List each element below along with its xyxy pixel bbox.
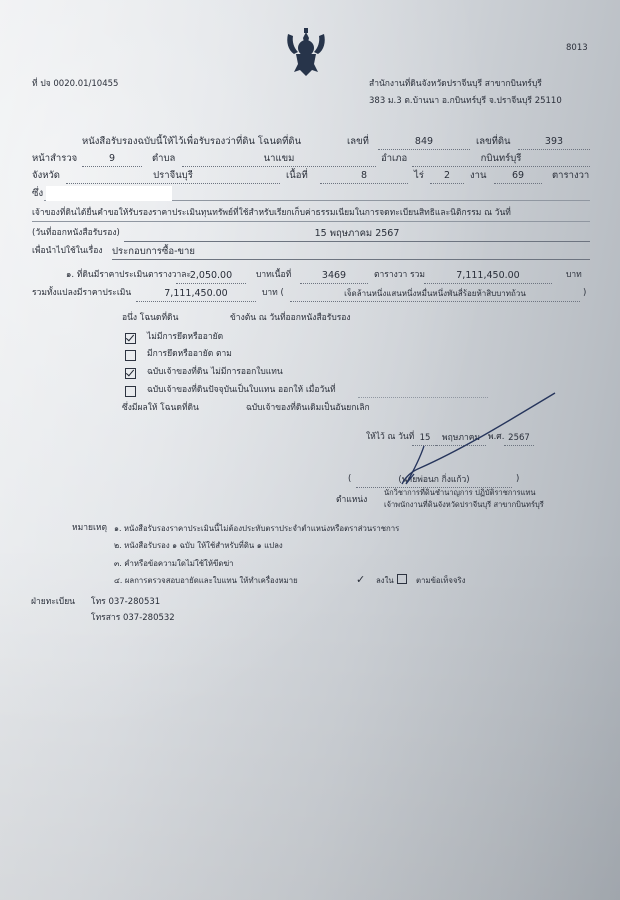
area-wa: 69: [494, 170, 542, 184]
sign-month: พฤษภาคม: [436, 432, 486, 446]
wa-label: ตารางวา: [552, 170, 589, 182]
option-no-seizure: ไม่มีการยึดหรืออายัด: [147, 332, 223, 343]
price-per-wa: 2,050.00: [176, 270, 246, 284]
deed-number-label: เลขที่: [347, 136, 369, 148]
owner-name-redacted: [46, 186, 172, 201]
office-address: 383 ม.3 ต.บ้านนา อ.กบินทร์บุรี จ.ปราจีนบ…: [369, 96, 562, 107]
paper-background: [0, 0, 620, 900]
sum-total: 7,111,450.00: [136, 288, 256, 302]
mark-box[interactable]: [397, 574, 407, 584]
area-rai: 8: [320, 170, 408, 184]
signature-stroke: [0, 0, 620, 900]
area-total-wa: 3469: [300, 270, 368, 284]
total-label: ตารางวา รวม: [374, 270, 425, 281]
sum-words: เจ็ดล้านหนึ่งแสนหนึ่งหมื่นหนึ่งพันสี่ร้อ…: [290, 288, 580, 302]
province-label: จังหวัด: [32, 170, 60, 182]
fax-number: 037-280532: [123, 613, 175, 623]
subdistrict: นาแขม: [182, 153, 376, 167]
purpose-label: เพื่อนำไปใช้ในเรื่อง: [32, 246, 102, 257]
option-replacement: ฉบับเจ้าของที่ดินปัจจุบันเป็นใบแทน ออกให…: [147, 385, 336, 396]
era-label: พ.ศ.: [488, 432, 504, 443]
note-item-4: ๔. ผลการตรวจสอบอายัดและใบแทน ให้ทำเครื่อ…: [114, 575, 298, 586]
status-intro-a: อนึ่ง โฉนดที่ดิน: [122, 313, 178, 324]
option-no-replacement: ฉบับเจ้าของที่ดิน ไม่มีการออกใบแทน: [147, 367, 283, 378]
mark-fact-label: ตามข้อเท็จจริง: [416, 575, 466, 586]
form-code: 8013: [566, 43, 588, 54]
given-label: ให้ไว้ ณ วันที่: [366, 432, 414, 443]
fax-label: โทรสาร: [91, 613, 120, 623]
district-label: อำเภอ: [381, 153, 407, 165]
subdistrict-label: ตำบล: [152, 153, 175, 165]
purpose: ประกอบการซื้อ-ขาย: [112, 246, 590, 260]
survey-page: 9: [82, 153, 142, 167]
effect-b: ฉบับเจ้าของที่ดินเดิมเป็นอันยกเลิก: [246, 403, 370, 414]
close-paren: ): [583, 288, 586, 299]
mark-in-label: ลงใน: [376, 575, 394, 586]
position-line1: นักวิชาการที่ดินชำนาญการ ปฏิบัติราชการแท…: [384, 488, 536, 498]
sig-open-paren: (: [348, 474, 351, 485]
ngan-label: งาน: [470, 170, 486, 182]
deed-intro: หนังสือรับรองฉบับนี้ให้ไว้เพื่อรับรองว่า…: [82, 136, 301, 148]
area-wa-label: บาทเนื้อที่: [256, 270, 291, 281]
notes-label: หมายเหตุ: [72, 523, 107, 534]
sig-close-paren: ): [516, 474, 519, 485]
sum-label: รวมทั้งแปลงมีราคาประเมิน: [32, 288, 131, 299]
district: กบินทร์บุรี: [412, 153, 590, 167]
issue-date: 15 พฤษภาคม 2567: [124, 228, 590, 242]
checkbox-replacement[interactable]: [125, 386, 136, 397]
status-intro-b: ข้างต้น ณ วันที่ออกหนังสือรับรอง: [230, 313, 351, 324]
valuation-total: 7,111,450.00: [424, 270, 552, 284]
dept-label: ฝ่ายทะเบียน: [31, 597, 75, 608]
rai-label: ไร่: [414, 170, 424, 182]
baht-label: บาท: [566, 270, 582, 281]
position-line2: เจ้าพนักงานที่ดินจังหวัดปราจีนบุรี สาขาก…: [384, 500, 544, 510]
issue-date-label: (วันที่ออกหนังสือรับรอง): [32, 228, 120, 239]
province: ปราจีนบุรี: [66, 170, 280, 184]
phone-number: 037-280531: [108, 597, 160, 607]
checkbox-no-replacement[interactable]: [125, 368, 136, 379]
check-mark-icon: ✓: [356, 573, 365, 586]
option-seizure: มีการยึดหรืออายัด ตาม: [147, 349, 232, 360]
note-item-3: ๓. คำหรือข้อความใดไม่ใช้ให้ขีดฆ่า: [114, 558, 234, 569]
owner-label: ซึ่ง: [32, 188, 43, 200]
area-label: เนื้อที่: [286, 170, 308, 182]
survey-page-label: หน้าสำรวจ: [32, 153, 77, 165]
area-ngan: 2: [430, 170, 464, 184]
land-number: 393: [518, 136, 590, 150]
phone-label: โทร: [91, 597, 106, 607]
garuda-emblem-icon: [284, 26, 328, 78]
checkbox-seizure[interactable]: [125, 350, 136, 361]
ref-label: ที่: [32, 79, 38, 89]
office-name: สำนักงานที่ดินจังหวัดปราจีนบุรี สาขากบิน…: [369, 79, 542, 90]
sign-day: 15: [412, 432, 438, 446]
effect-a: ซึ่งมีผลให้ โฉนดที่ดิน: [122, 403, 199, 414]
sign-year: 2567: [504, 432, 534, 446]
ref-number: ปจ 0020.01/10455: [40, 79, 118, 89]
deed-number: 849: [378, 136, 470, 150]
valuation-line1-label: ๑. ที่ดินมีราคาประเมินตารางวาละ: [66, 270, 191, 281]
note-item-1: ๑. หนังสือรับรองราคาประเมินนี้ไม่ต้องประ…: [114, 523, 399, 534]
signer-name: (นายพ่อนก กิ่งแก้ว): [356, 474, 512, 488]
baht-paren-label: บาท (: [262, 288, 284, 299]
note-item-2: ๒. หนังสือรับรอง ๑ ฉบับ ให้ใช้สำหรับที่ด…: [114, 540, 283, 551]
request-text: เจ้าของที่ดินได้ยื่นคำขอให้รับรองราคาประ…: [32, 208, 511, 219]
checkbox-no-seizure[interactable]: [125, 333, 136, 344]
land-number-label: เลขที่ดิน: [476, 136, 511, 148]
position-label: ตำแหน่ง: [336, 495, 367, 506]
